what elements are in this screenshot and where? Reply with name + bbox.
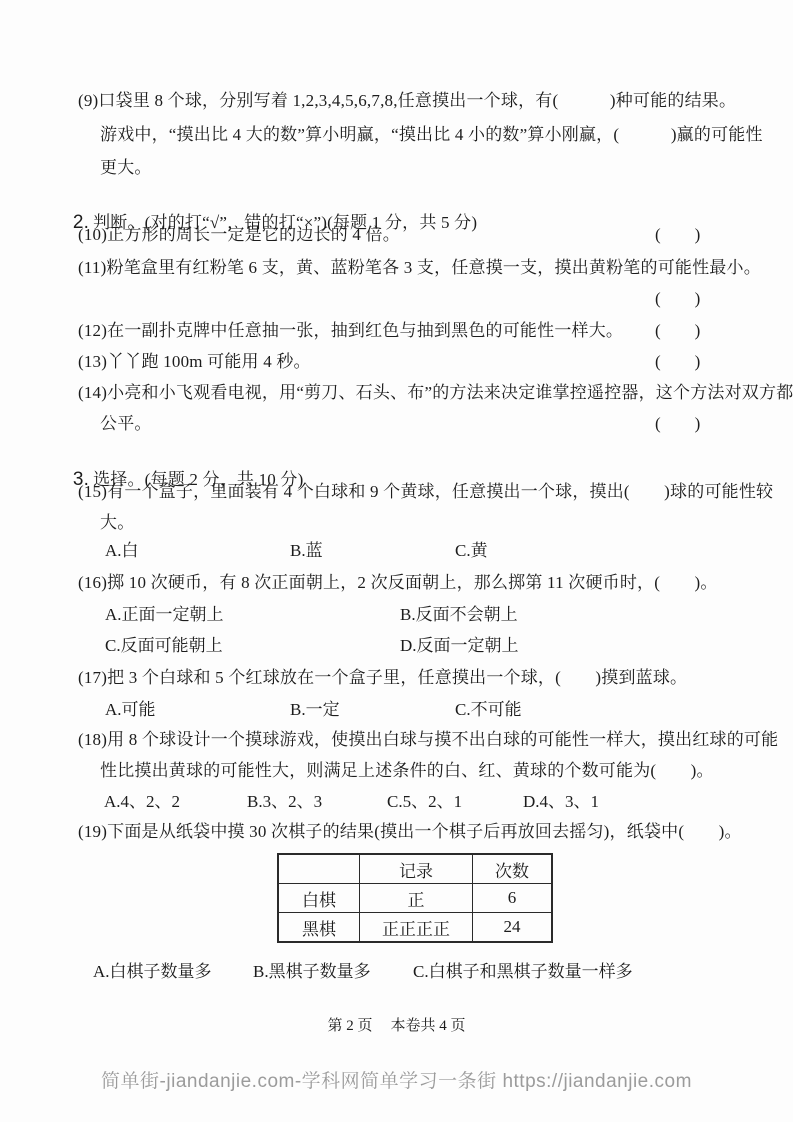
q11-text: (11)粉笔盒里有红粉笔 6 支，黄、蓝粉笔各 3 支，任意摸一支，摸出黄粉笔的…	[78, 257, 761, 279]
q19-option-a: A.白棋子数量多	[93, 961, 212, 983]
q19-tally-table: 记录 次数 白棋 正 6 黑棋 正正正正 24	[277, 853, 553, 943]
q9-line-1: (9)口袋里 8 个球，分别写着 1,2,3,4,5,6,7,8,任意摸出一个球…	[78, 90, 736, 112]
q11-answer-blank: ( )	[655, 288, 700, 310]
q18-option-c: C.5、2、1	[387, 791, 462, 813]
section-2-heading: 2.判断。(对的打“√”，错的打“×”)(每题 1 分，共 5 分)	[55, 190, 477, 256]
q15-line-2: 大。	[100, 512, 134, 534]
q13-answer-blank: ( )	[655, 351, 700, 373]
q16-option-b: B.反面不会朝上	[400, 604, 518, 626]
black-piece-record: 正正正正	[360, 913, 473, 943]
page-number: 第 2 页	[327, 1018, 372, 1034]
white-piece-label: 白棋	[278, 884, 360, 913]
test-paper-page: (9)口袋里 8 个球，分别写着 1,2,3,4,5,6,7,8,任意摸出一个球…	[0, 0, 793, 1122]
white-piece-count: 6	[473, 884, 553, 913]
q9-line-2: 游戏中，“摸出比 4 大的数”算小明赢，“摸出比 4 小的数”算小刚赢，( )赢…	[100, 124, 763, 146]
q14-answer-blank: ( )	[655, 413, 700, 435]
q18-line-1: (18)用 8 个球设计一个摸球游戏，使摸出白球与摸不出白球的可能性一样大，摸出…	[78, 729, 778, 751]
watermark-text: 简单街-jiandanjie.com-学科网简单学习一条街 https://ji…	[0, 1066, 793, 1093]
q10-answer-blank: ( )	[655, 224, 700, 246]
white-piece-record: 正	[360, 884, 473, 913]
section-3-heading: 3.选择。(每题 2 分，共 10 分)	[55, 447, 303, 513]
q19-option-c: C.白棋子和黑棋子数量一样多	[413, 961, 633, 983]
q14-line-2: 公平。	[100, 413, 152, 435]
q19-text: (19)下面是从纸袋中摸 30 次棋子的结果(摸出一个棋子后再放回去摇匀)，纸袋…	[78, 821, 742, 843]
q14-line-1: (14)小亮和小飞观看电视，用“剪刀、石头、布”的方法来决定谁掌控遥控器，这个方…	[78, 382, 793, 404]
q12-answer-blank: ( )	[655, 320, 700, 342]
q13-text: (13)丫丫跑 100m 可能用 4 秒。	[78, 351, 311, 373]
q9-line-3: 更大。	[100, 157, 152, 179]
q12-text: (12)在一副扑克牌中任意抽一张，抽到红色与抽到黑色的可能性一样大。	[78, 320, 623, 342]
q15-option-b: B.蓝	[290, 540, 323, 562]
q19-option-b: B.黑棋子数量多	[253, 961, 371, 983]
q18-option-b: B.3、2、3	[247, 791, 322, 813]
q15-line-1: (15)有一个盒子，里面装有 4 个白球和 9 个黄球，任意摸出一个球，摸出( …	[78, 481, 773, 503]
q17-text: (17)把 3 个白球和 5 个红球放在一个盒子里，任意摸出一个球，( )摸到蓝…	[78, 667, 687, 689]
q16-option-d: D.反面一定朝上	[400, 635, 519, 657]
q17-option-c: C.不可能	[455, 699, 522, 721]
black-piece-label: 黑棋	[278, 913, 360, 943]
q16-option-a: A.正面一定朝上	[105, 604, 224, 626]
q18-line-2: 性比摸出黄球的可能性大，则满足上述条件的白、红、黄球的个数可能为( )。	[100, 760, 714, 782]
q17-option-b: B.一定	[290, 699, 340, 721]
q15-option-c: C.黄	[455, 540, 488, 562]
q10-text: (10)正方形的周长一定是它的边长的 4 倍。	[78, 224, 400, 246]
table-header-count: 次数	[473, 854, 553, 884]
table-header-record: 记录	[360, 854, 473, 884]
q17-option-a: A.可能	[105, 699, 156, 721]
page-total: 本卷共 4 页	[391, 1018, 466, 1034]
table-row: 白棋 正 6	[278, 884, 552, 913]
q15-option-a: A.白	[105, 540, 139, 562]
q18-option-a: A.4、2、2	[104, 791, 180, 813]
page-footer: 第 2 页本卷共 4 页	[0, 1014, 793, 1035]
black-piece-count: 24	[473, 913, 553, 943]
table-header-empty	[278, 854, 360, 884]
q16-option-c: C.反面可能朝上	[105, 635, 223, 657]
table-header-row: 记录 次数	[278, 854, 552, 884]
q16-text: (16)掷 10 次硬币，有 8 次正面朝上，2 次反面朝上，那么掷第 11 次…	[78, 572, 718, 594]
q18-option-d: D.4、3、1	[523, 791, 599, 813]
table-row: 黑棋 正正正正 24	[278, 913, 552, 943]
